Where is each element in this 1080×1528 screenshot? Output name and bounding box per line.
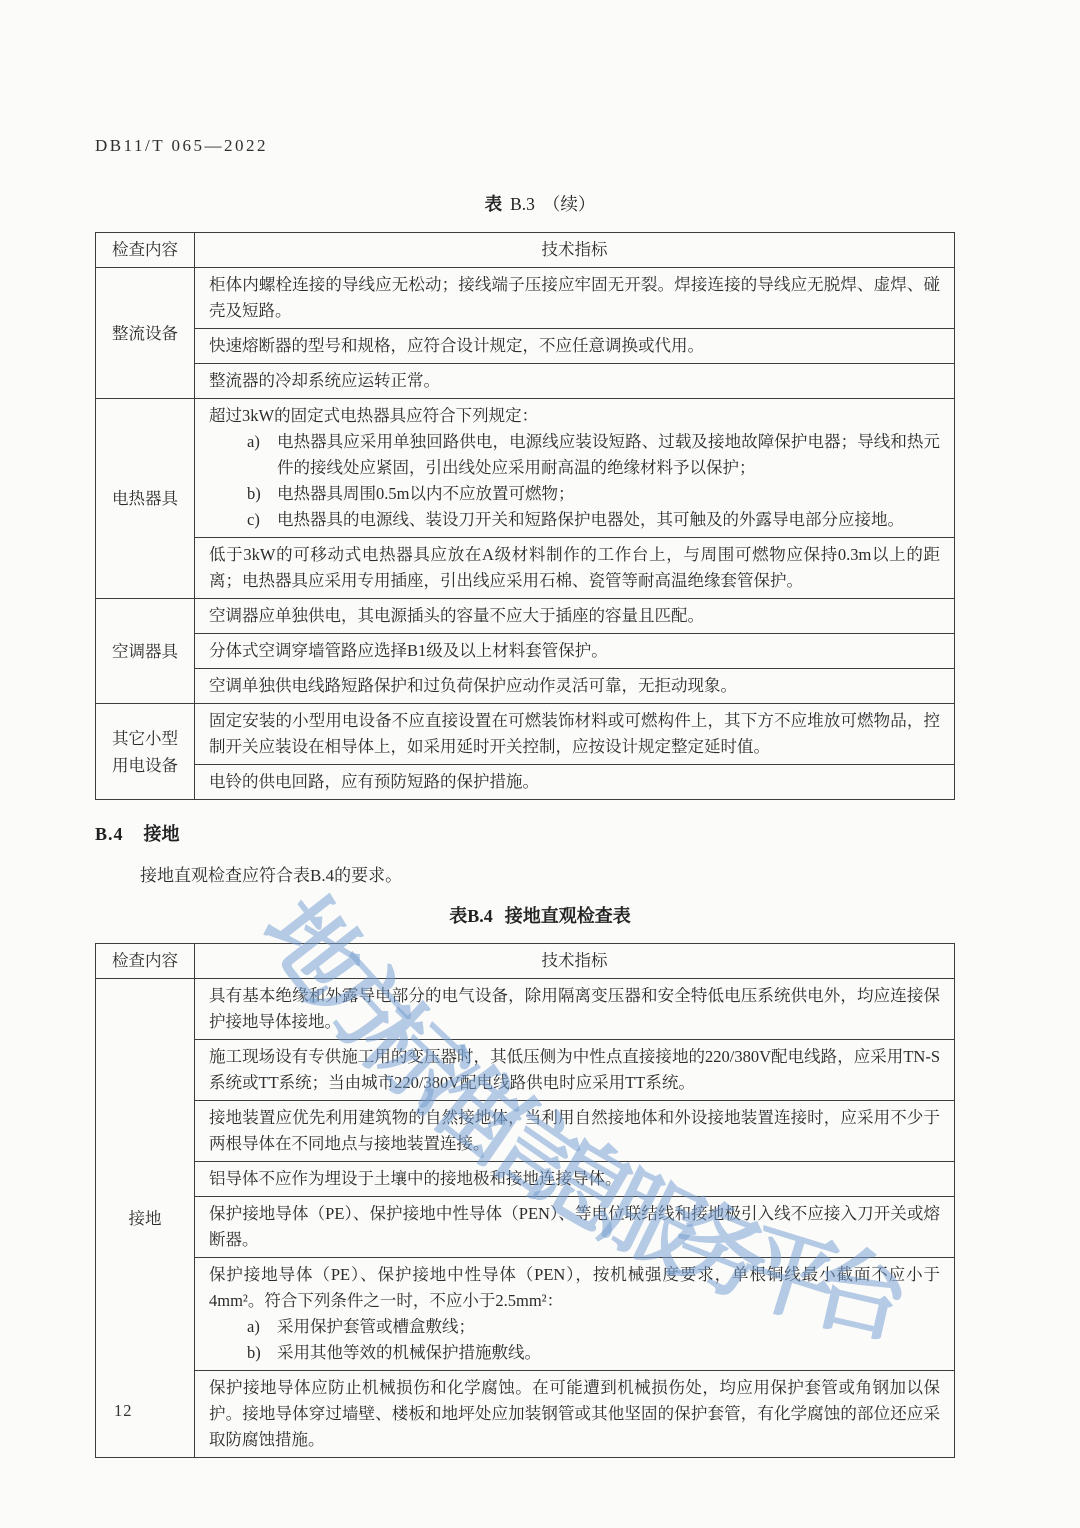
table-row: 空调器具空调器应单独供电，其电源插头的容量不应大于插座的容量且匹配。 <box>96 599 955 634</box>
page-number: 12 <box>114 1401 133 1421</box>
table-b4-title-text: 接地直观检查表 <box>505 906 631 926</box>
list-item-text: 采用保护套管或槽盒敷线； <box>277 1314 940 1340</box>
table-row: 电热器具超过3kW的固定式电热器具应符合下列规定：a)电热器具应采用单独回路供电… <box>96 399 955 538</box>
table-row: 铝导体不应作为埋设于土壤中的接地极和接地连接导体。 <box>96 1162 955 1197</box>
technical-spec-cell: 具有基本绝缘和外露导电部分的电气设备，除用隔离变压器和安全特低电压系统供电外，均… <box>195 979 955 1040</box>
spec-text: 保护接地导体（PE）、保护接地中性导体（PEN）、等电位联结线和接地极引入线不应… <box>209 1201 940 1253</box>
list-item-text: 电热器具的电源线、装设刀开关和短路保护电器处，其可触及的外露导电部分应接地。 <box>277 507 940 533</box>
technical-spec-cell: 快速熔断器的型号和规格，应符合设计规定，不应任意调换或代用。 <box>195 329 955 364</box>
document-code-header: DB11/T 065—2022 <box>95 136 268 156</box>
technical-spec-cell: 空调器应单独供电，其电源插头的容量不应大于插座的容量且匹配。 <box>195 599 955 634</box>
column-header-technical-spec: 技术指标 <box>195 944 955 979</box>
table-row: 整流器的冷却系统应运转正常。 <box>96 364 955 399</box>
spec-text: 铝导体不应作为埋设于土壤中的接地极和接地连接导体。 <box>209 1166 940 1192</box>
technical-spec-cell: 固定安装的小型用电设备不应直接设置在可燃装饰材料或可燃构件上，其下方不应堆放可燃… <box>195 704 955 765</box>
spec-text: 固定安装的小型用电设备不应直接设置在可燃装饰材料或可燃构件上，其下方不应堆放可燃… <box>209 708 940 760</box>
table-row: 保护接地导体（PE）、保护接地中性导体（PEN），按机械强度要求，单根铜线最小截… <box>96 1258 955 1371</box>
spec-list-item: c)电热器具的电源线、装设刀开关和短路保护电器处，其可触及的外露导电部分应接地。 <box>209 507 940 533</box>
table-row: 施工现场设有专供施工用的变压器时，其低压侧为中性点直接接地的220/380V配电… <box>96 1040 955 1101</box>
spec-text: 超过3kW的固定式电热器具应符合下列规定： <box>209 403 940 429</box>
table-row: 电铃的供电回路，应有预防短路的保护措施。 <box>96 765 955 800</box>
spec-text: 电铃的供电回路，应有预防短路的保护措施。 <box>209 769 940 795</box>
technical-spec-cell: 柜体内螺栓连接的导线应无松动；接线端子压接应牢固无开裂。焊接连接的导线应无脱焊、… <box>195 268 955 329</box>
section-b4-title: 接地 <box>144 824 180 844</box>
table-row: 接地装置应优先利用建筑物的自然接地体，当利用自然接地体和外设接地装置连接时，应采… <box>96 1101 955 1162</box>
table-header-row: 检查内容 技术指标 <box>96 233 955 268</box>
table-b4-title-number: 表B.4 <box>449 906 493 926</box>
section-b4-paragraph: 接地直观检查应符合表B.4的要求。 <box>140 861 402 886</box>
technical-spec-cell: 整流器的冷却系统应运转正常。 <box>195 364 955 399</box>
technical-spec-cell: 分体式空调穿墙管路应选择B1级及以上材料套管保护。 <box>195 634 955 669</box>
spec-list-item: a)电热器具应采用单独回路供电，电源线应装设短路、过载及接地故障保护电器；导线和… <box>209 429 940 481</box>
table-row: 其它小型用电设备固定安装的小型用电设备不应直接设置在可燃装饰材料或可燃构件上，其… <box>96 704 955 765</box>
spec-text: 具有基本绝缘和外露导电部分的电气设备，除用隔离变压器和安全特低电压系统供电外，均… <box>209 983 940 1035</box>
spec-text: 低于3kW的可移动式电热器具应放在A级材料制作的工作台上，与周围可燃物应保持0.… <box>209 542 940 594</box>
technical-spec-cell: 保护接地导体（PE）、保护接地中性导体（PEN）、等电位联结线和接地极引入线不应… <box>195 1197 955 1258</box>
spec-list-item: b)采用其他等效的机械保护措施敷线。 <box>209 1340 940 1366</box>
technical-spec-cell: 超过3kW的固定式电热器具应符合下列规定：a)电热器具应采用单独回路供电，电源线… <box>195 399 955 538</box>
table-row: 快速熔断器的型号和规格，应符合设计规定，不应任意调换或代用。 <box>96 329 955 364</box>
list-item-marker: c) <box>209 507 277 533</box>
list-item-marker: b) <box>209 1340 277 1366</box>
table-row: 接地具有基本绝缘和外露导电部分的电气设备，除用隔离变压器和安全特低电压系统供电外… <box>96 979 955 1040</box>
technical-spec-cell: 保护接地导体（PE）、保护接地中性导体（PEN），按机械强度要求，单根铜线最小截… <box>195 1258 955 1371</box>
spec-text: 分体式空调穿墙管路应选择B1级及以上材料套管保护。 <box>209 638 940 664</box>
spec-text: 保护接地导体应防止机械损伤和化学腐蚀。在可能遭到机械损伤处，均应用保护套管或角钢… <box>209 1375 940 1453</box>
table-row: 保护接地导体应防止机械损伤和化学腐蚀。在可能遭到机械损伤处，均应用保护套管或角钢… <box>96 1371 955 1458</box>
list-item-marker: b) <box>209 481 277 507</box>
list-item-text: 电热器具周围0.5m以内不应放置可燃物； <box>277 481 940 507</box>
list-item-text: 电热器具应采用单独回路供电，电源线应装设短路、过载及接地故障保护电器；导线和热元… <box>277 429 940 481</box>
list-item-marker: a) <box>209 429 277 481</box>
technical-spec-cell: 保护接地导体应防止机械损伤和化学腐蚀。在可能遭到机械损伤处，均应用保护套管或角钢… <box>195 1371 955 1458</box>
list-item-text: 采用其他等效的机械保护措施敷线。 <box>277 1340 940 1366</box>
grounding-inspection-table-b4: 检查内容 技术指标 接地具有基本绝缘和外露导电部分的电气设备，除用隔离变压器和安… <box>95 943 955 1458</box>
technical-spec-cell: 接地装置应优先利用建筑物的自然接地体，当利用自然接地体和外设接地装置连接时，应采… <box>195 1101 955 1162</box>
spec-list-item: b)电热器具周围0.5m以内不应放置可燃物； <box>209 481 940 507</box>
list-item-marker: a) <box>209 1314 277 1340</box>
inspection-content-cell: 接地 <box>96 979 195 1458</box>
spec-text: 空调器应单独供电，其电源插头的容量不应大于插座的容量且匹配。 <box>209 603 940 629</box>
spec-text: 柜体内螺栓连接的导线应无松动；接线端子压接应牢固无开裂。焊接连接的导线应无脱焊、… <box>209 272 940 324</box>
section-b4-number: B.4 <box>95 824 124 844</box>
column-header-inspection-content: 检查内容 <box>96 944 195 979</box>
technical-spec-cell: 低于3kW的可移动式电热器具应放在A级材料制作的工作台上，与周围可燃物应保持0.… <box>195 538 955 599</box>
table-row: 空调单独供电线路短路保护和过负荷保护应动作灵活可靠，无拒动现象。 <box>96 669 955 704</box>
spec-text: 施工现场设有专供施工用的变压器时，其低压侧为中性点直接接地的220/380V配电… <box>209 1044 940 1096</box>
inspection-content-cell: 空调器具 <box>96 599 195 704</box>
table-row: 低于3kW的可移动式电热器具应放在A级材料制作的工作台上，与周围可燃物应保持0.… <box>96 538 955 599</box>
column-header-technical-spec: 技术指标 <box>195 233 955 268</box>
document-page: { "page": { "header": "DB11/T 065—2022",… <box>0 0 1080 1528</box>
technical-spec-cell: 施工现场设有专供施工用的变压器时，其低压侧为中性点直接接地的220/380V配电… <box>195 1040 955 1101</box>
spec-text: 保护接地导体（PE）、保护接地中性导体（PEN），按机械强度要求，单根铜线最小截… <box>209 1262 940 1314</box>
table-header-row: 检查内容 技术指标 <box>96 944 955 979</box>
table-b3-title-prefix: 表 <box>485 194 503 214</box>
technical-spec-cell: 电铃的供电回路，应有预防短路的保护措施。 <box>195 765 955 800</box>
spec-text: 接地装置应优先利用建筑物的自然接地体，当利用自然接地体和外设接地装置连接时，应采… <box>209 1105 940 1157</box>
inspection-content-cell: 其它小型用电设备 <box>96 704 195 800</box>
inspection-content-cell: 整流设备 <box>96 268 195 399</box>
spec-text: 空调单独供电线路短路保护和过负荷保护应动作灵活可靠，无拒动现象。 <box>209 673 940 699</box>
table-b4-title: 表B.4接地直观检查表 <box>0 902 1080 928</box>
table-row: 分体式空调穿墙管路应选择B1级及以上材料套管保护。 <box>96 634 955 669</box>
table-b3-title-continued: （续） <box>543 194 596 214</box>
section-b4-heading: B.4接地 <box>95 820 180 846</box>
inspection-content-cell: 电热器具 <box>96 399 195 599</box>
technical-spec-cell: 空调单独供电线路短路保护和过负荷保护应动作灵活可靠，无拒动现象。 <box>195 669 955 704</box>
spec-text: 快速熔断器的型号和规格，应符合设计规定，不应任意调换或代用。 <box>209 333 940 359</box>
table-b3-title-number: B.3 <box>510 194 535 214</box>
spec-text: 整流器的冷却系统应运转正常。 <box>209 368 940 394</box>
inspection-table-b3: 检查内容 技术指标 整流设备柜体内螺栓连接的导线应无松动；接线端子压接应牢固无开… <box>95 232 955 800</box>
table-row: 整流设备柜体内螺栓连接的导线应无松动；接线端子压接应牢固无开裂。焊接连接的导线应… <box>96 268 955 329</box>
table-b3-title: 表B.3（续） <box>0 191 1080 216</box>
spec-list-item: a)采用保护套管或槽盒敷线； <box>209 1314 940 1340</box>
technical-spec-cell: 铝导体不应作为埋设于土壤中的接地极和接地连接导体。 <box>195 1162 955 1197</box>
column-header-inspection-content: 检查内容 <box>96 233 195 268</box>
table-row: 保护接地导体（PE）、保护接地中性导体（PEN）、等电位联结线和接地极引入线不应… <box>96 1197 955 1258</box>
